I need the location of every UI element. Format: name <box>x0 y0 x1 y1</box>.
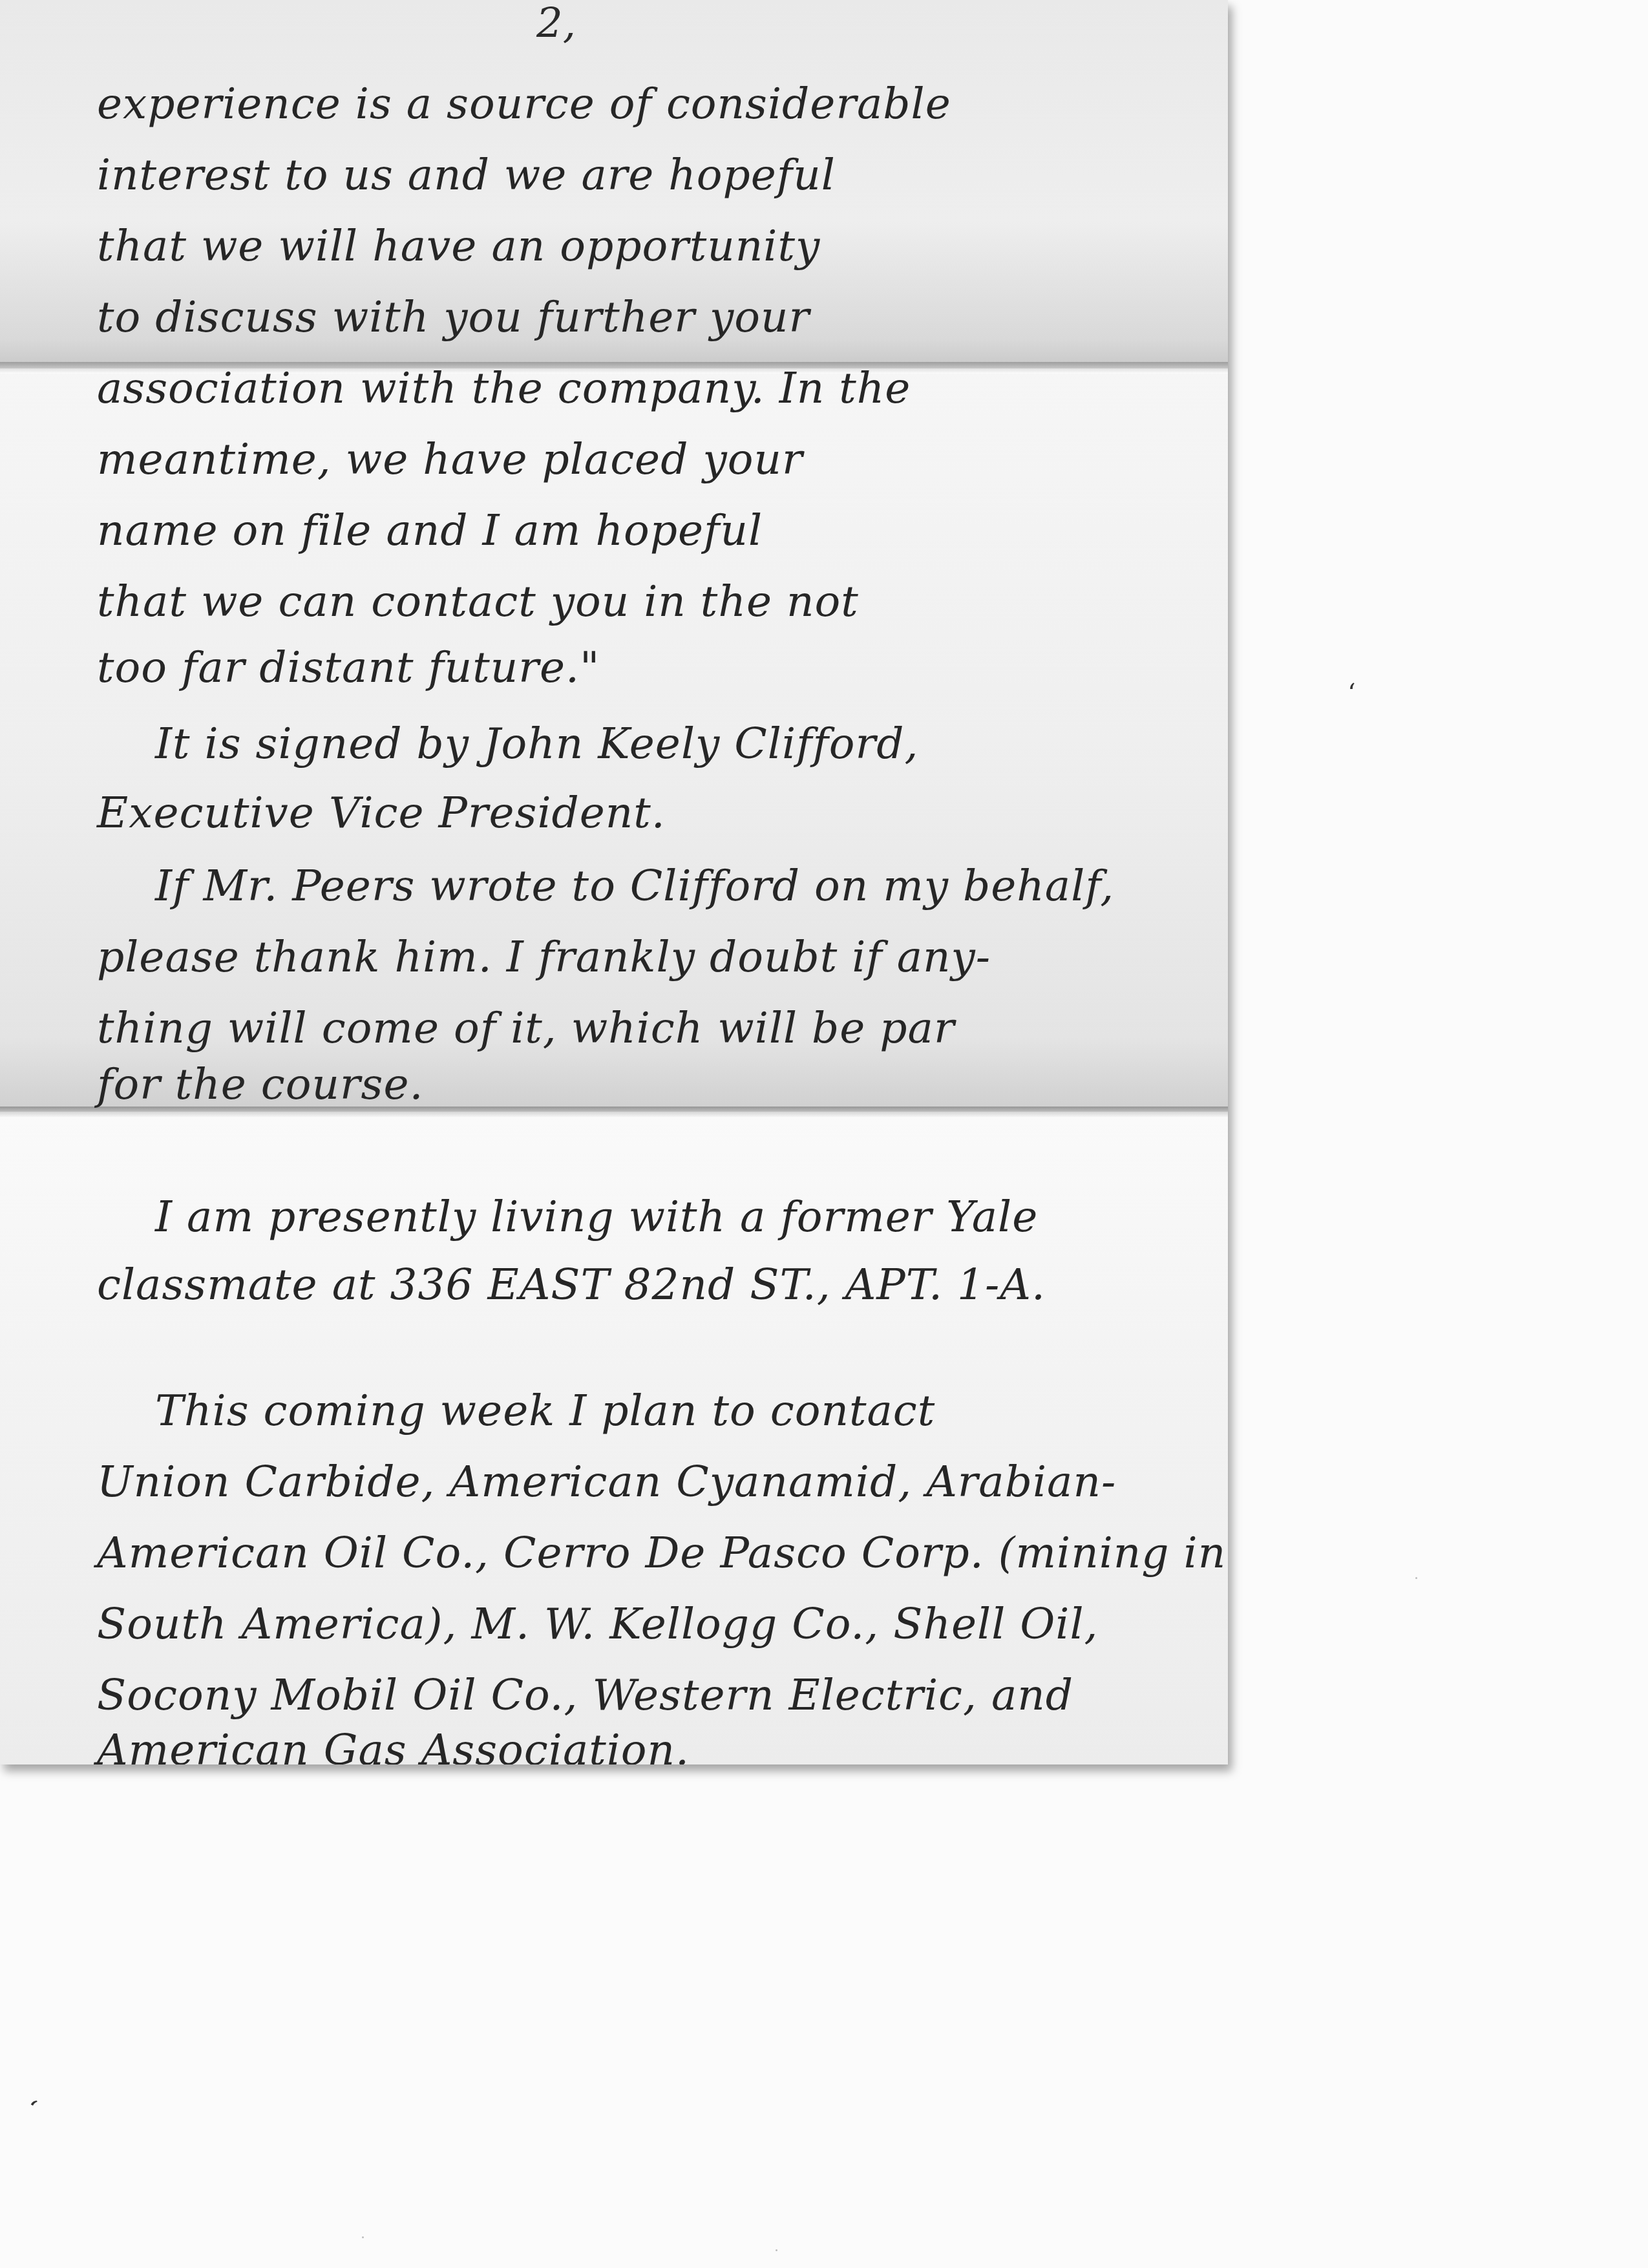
dust-speck <box>1415 1577 1417 1579</box>
text-line: name on file and I am hopeful <box>97 509 763 552</box>
text-line: American Gas Association. <box>97 1729 690 1765</box>
text-line: Executive Vice President. <box>97 792 666 834</box>
text-line: that we can contact you in the not <box>97 580 859 623</box>
text-line: thing will come of it, which will be par <box>97 1007 955 1050</box>
text-line: to discuss with you further your <box>97 296 810 339</box>
text-line: South America), M. W. Kellogg Co., Shell… <box>97 1603 1099 1646</box>
dust-speck <box>776 2249 777 2251</box>
page-number: 2, <box>536 0 576 48</box>
text-line: that we will have an opportunity <box>97 225 820 268</box>
dust-speck <box>362 2236 364 2238</box>
stray-pen-mark: ‘ <box>19 2094 41 2124</box>
text-line: It is signed by John Keely Clifford, <box>155 723 918 765</box>
text-line: classmate at 336 EAST 82nd ST., APT. 1-A… <box>97 1264 1046 1306</box>
text-line: interest to us and we are hopeful <box>97 154 836 196</box>
text-line: American Oil Co., Cerro De Pasco Corp. (… <box>97 1532 1226 1574</box>
text-line: association with the company. In the <box>97 367 911 410</box>
text-line: please thank him. I frankly doubt if any… <box>97 936 991 979</box>
letter-sheet: 2, experience is a source of considerabl… <box>0 0 1228 1765</box>
text-line: for the course. <box>97 1063 423 1106</box>
text-line: experience is a source of considerable <box>97 83 951 125</box>
stray-pen-mark: ‘ <box>1347 679 1356 708</box>
text-line: too far distant future." <box>97 646 600 689</box>
text-line: I am presently living with a former Yale <box>155 1196 1038 1238</box>
text-line: This coming week I plan to contact <box>155 1390 935 1432</box>
text-line: Socony Mobil Oil Co., Western Electric, … <box>97 1674 1073 1717</box>
text-line: If Mr. Peers wrote to Clifford on my beh… <box>155 865 1114 907</box>
text-line: Union Carbide, American Cyanamid, Arabia… <box>97 1461 1116 1503</box>
text-line: meantime, we have placed your <box>97 438 803 481</box>
